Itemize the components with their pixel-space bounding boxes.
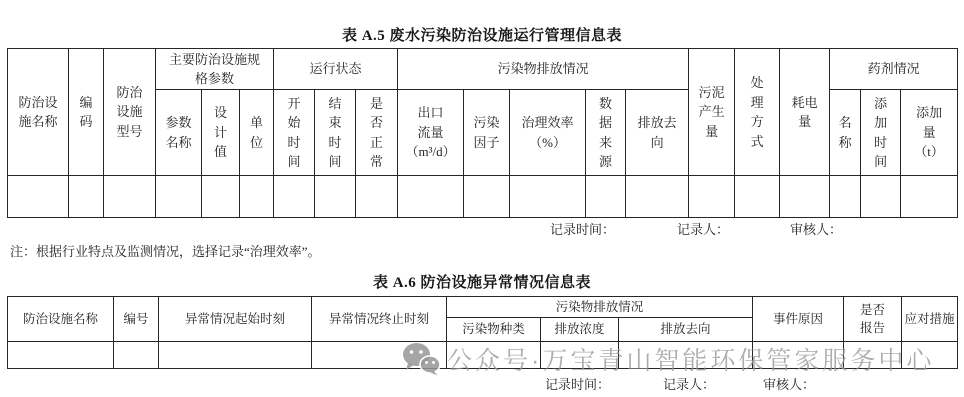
a5-col-unit: 单 位 [240, 90, 274, 176]
a5-col-param-name: 参数 名称 [156, 90, 202, 176]
a5-data-cell [69, 176, 104, 218]
a5-data-cell [735, 176, 780, 218]
a5-col-model: 防治 设施 型号 [104, 49, 156, 176]
document-page: 表 A.5 废水污染防治设施运行管理信息表 防治设 施名称 编 码 防治 设施 … [0, 0, 964, 397]
a6-record-line: 记录时间：记录人：审核人： [545, 374, 815, 393]
a5-col-treatment-eff: 治理效率 （%） [510, 90, 586, 176]
a5-group-emission: 污染物排放情况 [398, 49, 689, 90]
a6-col-pollutant-type: 污染物种类 [447, 318, 541, 342]
a5-col-facility-name: 防治设 施名称 [8, 49, 69, 176]
a5-data-cell [464, 176, 510, 218]
a5-reviewer-label: 审核人： [790, 222, 842, 237]
a5-col-design-value: 设 计 值 [202, 90, 240, 176]
a6-record-time-label: 记录时间： [545, 374, 663, 393]
a5-data-cell [689, 176, 735, 218]
a6-data-cell [541, 342, 619, 369]
a5-col-start-time: 开 始 时 间 [274, 90, 315, 176]
a6-data-cell [902, 342, 958, 369]
a5-data-cell [830, 176, 861, 218]
a5-col-power-use: 耗电 量 [780, 49, 830, 176]
a5-data-cell [398, 176, 464, 218]
a5-data-cell [156, 176, 202, 218]
a6-recorder-label: 记录人： [663, 374, 763, 393]
a6-col-measures: 应对措施 [902, 297, 958, 342]
a6-data-cell [312, 342, 447, 369]
a5-col-outlet-flow: 出口 流量 （m³/d） [398, 90, 464, 176]
a6-data-row [8, 342, 958, 369]
a5-col-end-time: 结 束 时 间 [315, 90, 356, 176]
a5-col-normal: 是 否 正 常 [356, 90, 398, 176]
a5-note: 注：根据行业特点及监测情况，选择记录“治理效率”。 [10, 241, 321, 260]
a5-col-data-source: 数 据 来 源 [586, 90, 626, 176]
a5-data-cell [315, 176, 356, 218]
a5-data-cell [274, 176, 315, 218]
a6-group-emission: 污染物排放情况 [447, 297, 753, 318]
a5-col-treatment-method: 处 理 方 式 [735, 49, 780, 176]
table-a5-title: 表 A.5 废水污染防治设施运行管理信息表 [0, 24, 964, 45]
a6-data-cell [114, 342, 159, 369]
a5-col-agent-name: 名 称 [830, 90, 861, 176]
a5-data-cell [861, 176, 901, 218]
a6-col-abnormal-start: 异常情况起始时刻 [159, 297, 312, 342]
a6-col-concentration: 排放浓度 [541, 318, 619, 342]
a6-col-reported: 是否 报告 [844, 297, 902, 342]
a5-group-agent: 药剂情况 [830, 49, 958, 90]
a5-data-cell [510, 176, 586, 218]
a5-col-code: 编 码 [69, 49, 104, 176]
a6-data-cell [844, 342, 902, 369]
a6-data-cell [447, 342, 541, 369]
a5-col-add-time: 添 加 时 间 [861, 90, 901, 176]
a5-col-discharge-dest: 排放去 向 [626, 90, 689, 176]
a5-col-pollutant-factor: 污染 因子 [464, 90, 510, 176]
a6-data-cell [8, 342, 114, 369]
a5-col-sludge-output: 污泥 产生 量 [689, 49, 735, 176]
a5-data-cell [356, 176, 398, 218]
a6-col-abnormal-end: 异常情况终止时刻 [312, 297, 447, 342]
a6-col-cause: 事件原因 [753, 297, 844, 342]
table-a6: 防治设施名称 编号 异常情况起始时刻 异常情况终止时刻 污染物排放情况 事件原因… [7, 296, 958, 369]
a6-data-cell [159, 342, 312, 369]
table-a5: 防治设 施名称 编 码 防治 设施 型号 主要防治设施规 格参数 运行状态 污染… [7, 48, 958, 218]
a6-data-cell [753, 342, 844, 369]
a5-group-run-status: 运行状态 [274, 49, 398, 90]
a5-data-cell [104, 176, 156, 218]
table-a6-title: 表 A.6 防治设施异常情况信息表 [0, 271, 964, 292]
a5-col-add-amount: 添加 量 （t） [901, 90, 958, 176]
a5-data-cell [202, 176, 240, 218]
a5-data-cell [8, 176, 69, 218]
a5-recorder-label: 记录人： [677, 219, 790, 238]
a5-data-cell [626, 176, 689, 218]
a5-data-cell [240, 176, 274, 218]
a5-data-row [8, 176, 958, 218]
a6-col-number: 编号 [114, 297, 159, 342]
a5-group-spec-params: 主要防治设施规 格参数 [156, 49, 274, 90]
a5-record-line: 记录时间：记录人：审核人： [550, 219, 842, 238]
a5-data-cell [780, 176, 830, 218]
a5-record-time-label: 记录时间： [550, 219, 677, 238]
a6-col-facility-name: 防治设施名称 [8, 297, 114, 342]
a6-data-cell [619, 342, 753, 369]
a6-col-destination: 排放去向 [619, 318, 753, 342]
a5-data-cell [901, 176, 958, 218]
a6-reviewer-label: 审核人： [763, 377, 815, 392]
a5-data-cell [586, 176, 626, 218]
